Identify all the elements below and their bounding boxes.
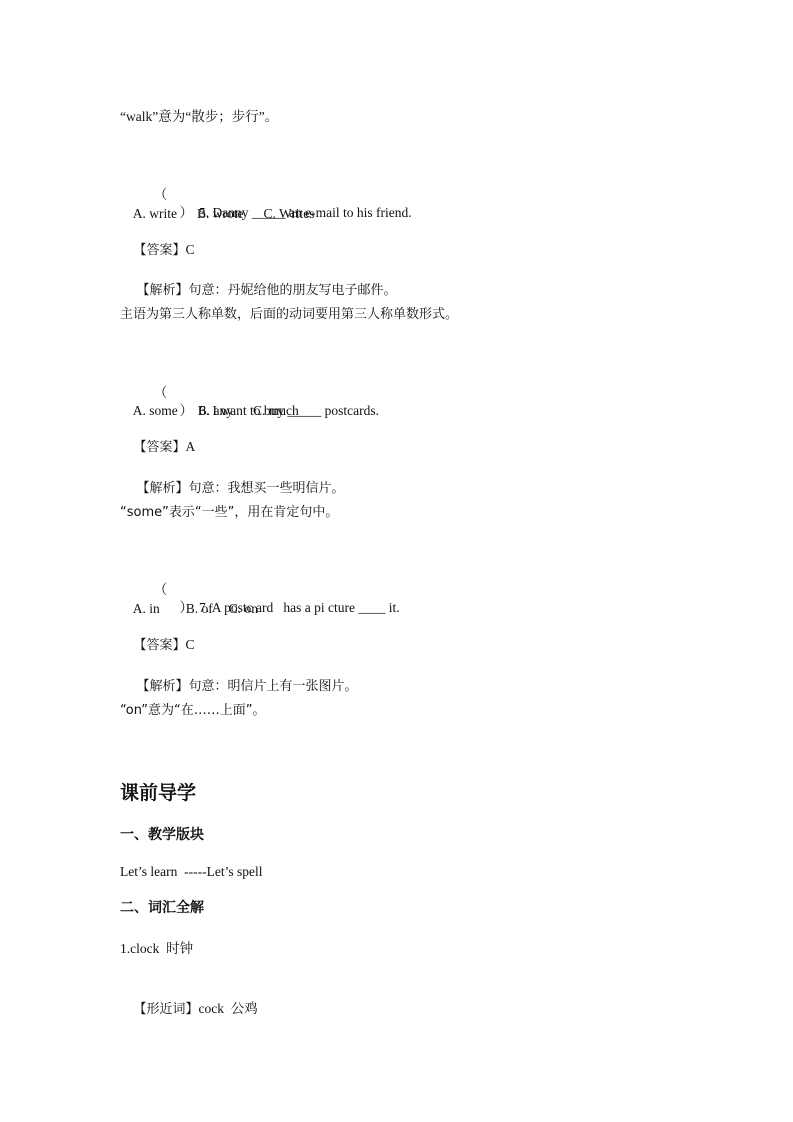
option-b: B. of (186, 601, 213, 616)
analysis-label: 【解析】 (137, 283, 189, 298)
analysis-value: 句意：明信片上有一张图片。 (189, 679, 358, 694)
option-a: A. write (133, 206, 177, 221)
option-b: B. any (198, 403, 233, 418)
answer-label: 【答案】 (134, 638, 186, 653)
option-c: C. Writes (264, 206, 315, 221)
similar-word-label: 【形近词】 (134, 1002, 199, 1017)
walk-note: “walk”意为“散步；步行”。 (120, 108, 278, 126)
analysis-value: 句意：丹妮给他的朋友写电子邮件。 (189, 283, 397, 298)
answer-label: 【答案】 (134, 243, 186, 258)
vocab-similar-word: 【形近词】cock 公鸡 (120, 982, 258, 1037)
option-a: A. some (133, 403, 178, 418)
option-c: C. much (253, 403, 299, 418)
vocab-item-clock: 1.clock 时钟 (120, 940, 193, 958)
teaching-block-text: Let’s learn -----Let’s spell (120, 863, 262, 881)
answer-label: 【答案】 (134, 440, 186, 455)
analysis-value: 句意：我想买一些明信片。 (189, 481, 345, 496)
answer-value: C (186, 242, 195, 257)
option-b: B. wrote (197, 206, 244, 221)
question-7-note: “on”意为“在……上面”。 (120, 702, 265, 720)
analysis-label: 【解析】 (137, 679, 189, 694)
analysis-label: 【解析】 (137, 481, 189, 496)
subsection-teaching-block: 一、教学版块 (120, 826, 204, 844)
option-c: C. on (229, 601, 258, 616)
question-5-note: 主语为第三人称单数，后面的动词要用第三人称单数形式。 (120, 306, 458, 324)
option-a: A. in (133, 601, 160, 616)
section-title: 课前导学 (120, 781, 196, 805)
question-6-note: “some”表示“一些”，用在肯定句中。 (120, 504, 338, 522)
subsection-vocabulary: 二、词汇全解 (120, 899, 204, 917)
similar-word-value: cock 公鸡 (199, 1001, 258, 1016)
answer-value: C (186, 637, 195, 652)
answer-value: A (186, 439, 196, 454)
